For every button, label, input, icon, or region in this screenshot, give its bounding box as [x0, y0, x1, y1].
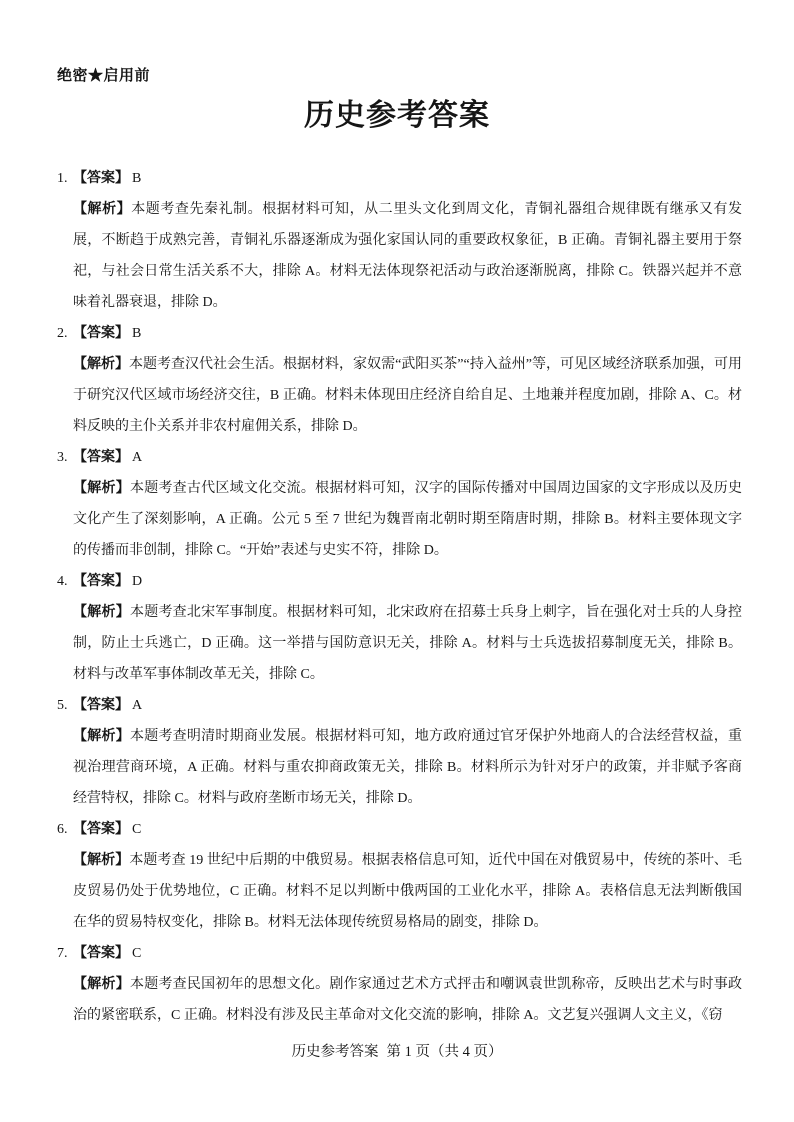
answer-value: C: [132, 822, 141, 837]
answer-line: 5.【答案】A: [73, 690, 742, 721]
analysis-text: 本题考查北宋军事制度。根据材料可知，北宋政府在招募士兵身上刺字，旨在强化对士兵的…: [73, 605, 742, 682]
answer-value: B: [132, 326, 141, 341]
question-number: 1.: [57, 163, 73, 194]
analysis-label: 【解析】: [73, 729, 130, 744]
page-title: 历史参考答案: [0, 90, 794, 134]
analysis-text: 本题考查民国初年的思想文化。剧作家通过艺术方式抨击和嘲讽袁世凯称帝，反映出艺术与…: [73, 977, 742, 1023]
analysis-label: 【解析】: [73, 202, 131, 217]
question-5: 5.【答案】A 【解析】本题考查明清时期商业发展。根据材料可知，地方政府通过官牙…: [57, 690, 742, 814]
answer-line: 2.【答案】B: [73, 318, 742, 349]
answer-line: 4.【答案】D: [73, 566, 742, 597]
answer-label: 【答案】: [73, 574, 129, 589]
analysis-label: 【解析】: [73, 853, 129, 868]
question-7: 7.【答案】C 【解析】本题考查民国初年的思想文化。剧作家通过艺术方式抨击和嘲讽…: [57, 938, 742, 1031]
analysis-label: 【解析】: [73, 977, 130, 992]
analysis-label: 【解析】: [73, 605, 130, 620]
analysis-text: 本题考查明清时期商业发展。根据材料可知，地方政府通过官牙保护外地商人的合法经营权…: [73, 729, 742, 806]
answer-label: 【答案】: [73, 698, 129, 713]
answer-line: 7.【答案】C: [73, 938, 742, 969]
answer-line: 3.【答案】A: [73, 442, 742, 473]
answer-value: C: [132, 946, 141, 961]
classification-marking: 绝密★启用前: [57, 64, 150, 85]
analysis-text: 本题考查古代区域文化交流。根据材料可知，汉字的国际传播对中国周边国家的文字形成以…: [73, 481, 742, 558]
answer-value: B: [132, 171, 141, 186]
analysis-paragraph: 【解析】本题考查古代区域文化交流。根据材料可知，汉字的国际传播对中国周边国家的文…: [73, 473, 742, 566]
answer-label: 【答案】: [73, 822, 129, 837]
analysis-paragraph: 【解析】本题考查 19 世纪中后期的中俄贸易。根据表格信息可知，近代中国在对俄贸…: [73, 845, 742, 938]
analysis-text: 本题考查先秦礼制。根据材料可知，从二里头文化到周文化，青铜礼器组合规律既有继承又…: [73, 202, 742, 310]
question-number: 5.: [57, 690, 73, 721]
answer-label: 【答案】: [73, 450, 129, 465]
footer-page-number: 第 1 页（共 4 页）: [387, 1044, 503, 1060]
question-number: 4.: [57, 566, 73, 597]
document-page: 绝密★启用前 历史参考答案 1.【答案】B 【解析】本题考查先秦礼制。根据材料可…: [0, 0, 794, 1122]
question-number: 2.: [57, 318, 73, 349]
answer-value: A: [132, 450, 142, 465]
footer-doc-name: 历史参考答案: [292, 1044, 379, 1060]
question-1: 1.【答案】B 【解析】本题考查先秦礼制。根据材料可知，从二里头文化到周文化，青…: [57, 163, 742, 318]
analysis-paragraph: 【解析】本题考查汉代社会生活。根据材料，家奴需“武阳买茶”“持入益州”等，可见区…: [73, 349, 742, 442]
analysis-paragraph: 【解析】本题考查北宋军事制度。根据材料可知，北宋政府在招募士兵身上刺字，旨在强化…: [73, 597, 742, 690]
question-number: 3.: [57, 442, 73, 473]
answer-line: 6.【答案】C: [73, 814, 742, 845]
question-4: 4.【答案】D 【解析】本题考查北宋军事制度。根据材料可知，北宋政府在招募士兵身…: [57, 566, 742, 690]
analysis-text: 本题考查 19 世纪中后期的中俄贸易。根据表格信息可知，近代中国在对俄贸易中，传…: [73, 853, 742, 930]
question-number: 6.: [57, 814, 73, 845]
answer-value: D: [132, 574, 142, 589]
analysis-paragraph: 【解析】本题考查民国初年的思想文化。剧作家通过艺术方式抨击和嘲讽袁世凯称帝，反映…: [73, 969, 742, 1031]
question-6: 6.【答案】C 【解析】本题考查 19 世纪中后期的中俄贸易。根据表格信息可知，…: [57, 814, 742, 938]
answer-label: 【答案】: [73, 171, 129, 186]
analysis-label: 【解析】: [73, 357, 129, 372]
question-number: 7.: [57, 938, 73, 969]
analysis-label: 【解析】: [73, 481, 130, 496]
answer-value: A: [132, 698, 142, 713]
analysis-text: 本题考查汉代社会生活。根据材料，家奴需“武阳买茶”“持入益州”等，可见区域经济联…: [73, 357, 742, 434]
answer-label: 【答案】: [73, 326, 129, 341]
answer-line: 1.【答案】B: [73, 163, 742, 194]
answer-label: 【答案】: [73, 946, 129, 961]
analysis-paragraph: 【解析】本题考查先秦礼制。根据材料可知，从二里头文化到周文化，青铜礼器组合规律既…: [73, 194, 742, 318]
analysis-paragraph: 【解析】本题考查明清时期商业发展。根据材料可知，地方政府通过官牙保护外地商人的合…: [73, 721, 742, 814]
page-footer: 历史参考答案第 1 页（共 4 页）: [0, 1040, 794, 1061]
question-2: 2.【答案】B 【解析】本题考查汉代社会生活。根据材料，家奴需“武阳买茶”“持入…: [57, 318, 742, 442]
answer-list: 1.【答案】B 【解析】本题考查先秦礼制。根据材料可知，从二里头文化到周文化，青…: [57, 163, 742, 1031]
question-3: 3.【答案】A 【解析】本题考查古代区域文化交流。根据材料可知，汉字的国际传播对…: [57, 442, 742, 566]
